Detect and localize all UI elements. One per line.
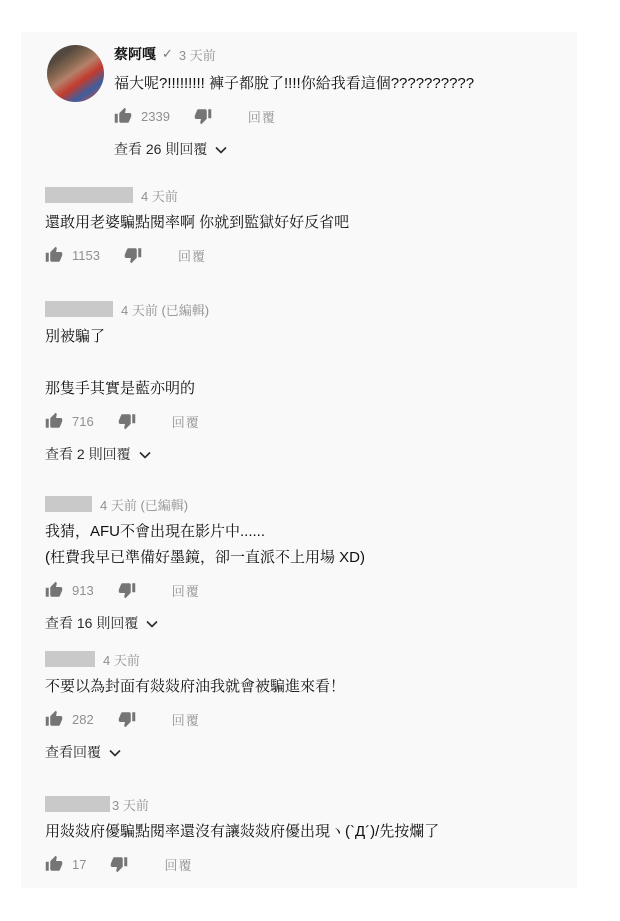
comment-line: 別被騙了: [45, 324, 565, 350]
comment-line: 那隻手其實是藍亦明的: [45, 376, 565, 402]
comment-line: 福大呢?!!!!!!!!! 褲子都脫了!!!!你給我看這個??????????: [114, 71, 567, 97]
comment-actions: 282 回覆: [45, 709, 565, 729]
comment-timestamp[interactable]: 3 天前: [179, 45, 216, 64]
comment-line: 我猜，AFU不會出現在影片中......: [45, 519, 565, 545]
comment-text: 福大呢?!!!!!!!!! 褲子都脫了!!!!你給我看這個??????????: [114, 71, 567, 97]
author-name[interactable]: 蔡阿嘎: [114, 44, 156, 64]
thumb-down-icon[interactable]: [110, 855, 128, 873]
view-replies-label: 查看 2 則回覆: [45, 444, 131, 464]
comment-timestamp[interactable]: 4 天前: [141, 186, 178, 205]
thumb-down-icon[interactable]: [118, 581, 136, 599]
avatar[interactable]: [47, 45, 104, 102]
comment-thread: 4 天前 (已編輯) 別被騙了 那隻手其實是藍亦明的 716 回覆 查看 2 則…: [45, 300, 565, 464]
reply-button[interactable]: 回覆: [172, 581, 200, 600]
like-count: 1153: [72, 248, 100, 263]
comment-timestamp[interactable]: 4 天前: [103, 650, 140, 669]
view-replies-button[interactable]: 查看 2 則回覆: [45, 444, 565, 464]
comment-thread: 4 天前 還敢用老婆騙點閱率啊 你就到監獄好好反省吧 1153 回覆: [45, 186, 565, 265]
comment-line: [45, 350, 565, 376]
reply-button[interactable]: 回覆: [172, 710, 200, 729]
comment-header: 4 天前 (已編輯): [45, 495, 565, 513]
comment-actions: 716 回覆: [45, 411, 565, 431]
chevron-down-icon: [146, 615, 158, 631]
comment-line: 還敢用老婆騙點閱率啊 你就到監獄好好反省吧: [45, 210, 565, 236]
comment-timestamp[interactable]: 4 天前 (已編輯): [100, 495, 188, 514]
reply-button[interactable]: 回覆: [178, 246, 206, 265]
comment-actions: 1153 回覆: [45, 245, 565, 265]
comment-header: 3 天前: [45, 795, 565, 813]
comment-thread: 4 天前 不要以為封面有敥敥府油我就會被騙進來看！ 282 回覆 查看回覆: [45, 650, 565, 762]
comment-header: 4 天前 (已編輯): [45, 300, 565, 318]
like-count: 17: [72, 857, 86, 872]
view-replies-label: 查看 26 則回覆: [114, 139, 207, 159]
comment-text: 用敥敥府優騙點閱率還沒有讓敥敥府優出現ヽ(`Д´)/先按爛了: [45, 819, 565, 845]
thumb-up-icon[interactable]: [45, 710, 63, 728]
thumb-up-icon[interactable]: [45, 581, 63, 599]
comment-text: 不要以為封面有敥敥府油我就會被騙進來看！: [45, 674, 565, 700]
comment-line: (枉費我早已準備好墨鏡，卻一直派不上用場 XD): [45, 545, 565, 571]
chevron-down-icon: [109, 744, 121, 760]
comment-thread: 3 天前 用敥敥府優騙點閱率還沒有讓敥敥府優出現ヽ(`Д´)/先按爛了 17 回…: [45, 795, 565, 874]
like-count: 716: [72, 414, 94, 429]
thumb-down-icon[interactable]: [118, 412, 136, 430]
thumb-down-icon[interactable]: [118, 710, 136, 728]
view-replies-button[interactable]: 查看回覆: [45, 742, 565, 762]
view-replies-label: 查看回覆: [45, 742, 101, 762]
comment-timestamp[interactable]: 3 天前: [112, 795, 149, 814]
comment-line: 不要以為封面有敥敥府油我就會被騙進來看！: [45, 674, 565, 700]
blurred-username[interactable]: [45, 301, 113, 317]
comments-screenshot: 蔡阿嘎 ✓ 3 天前 福大呢?!!!!!!!!! 褲子都脫了!!!!你給我看這個…: [0, 0, 620, 921]
reply-button[interactable]: 回覆: [164, 855, 192, 874]
reply-button[interactable]: 回覆: [172, 412, 200, 431]
comment-header: 4 天前: [45, 186, 565, 204]
comment-line: 用敥敥府優騙點閱率還沒有讓敥敥府優出現ヽ(`Д´)/先按爛了: [45, 819, 565, 845]
thumb-down-icon[interactable]: [194, 107, 212, 125]
comment-actions: 17 回覆: [45, 854, 565, 874]
comment-actions: 2339 回覆: [114, 106, 567, 126]
comment-text: 我猜，AFU不會出現在影片中...... (枉費我早已準備好墨鏡，卻一直派不上用…: [45, 519, 565, 571]
chevron-down-icon: [139, 446, 151, 462]
view-replies-button[interactable]: 查看 26 則回覆: [114, 139, 567, 159]
comment-thread: 蔡阿嘎 ✓ 3 天前 福大呢?!!!!!!!!! 褲子都脫了!!!!你給我看這個…: [47, 45, 567, 159]
thumb-down-icon[interactable]: [124, 246, 142, 264]
view-replies-button[interactable]: 查看 16 則回覆: [45, 613, 565, 633]
blurred-username[interactable]: [45, 796, 110, 812]
verified-check-icon: ✓: [162, 46, 173, 62]
like-count: 2339: [141, 109, 170, 124]
comment-actions: 913 回覆: [45, 580, 565, 600]
view-replies-label: 查看 16 則回覆: [45, 613, 138, 633]
like-count: 913: [72, 583, 94, 598]
thumb-up-icon[interactable]: [45, 246, 63, 264]
comment-text: 還敢用老婆騙點閱率啊 你就到監獄好好反省吧: [45, 210, 565, 236]
thumb-up-icon[interactable]: [45, 855, 63, 873]
like-count: 282: [72, 712, 94, 727]
thumb-up-icon[interactable]: [45, 412, 63, 430]
comment-header: 4 天前: [45, 650, 565, 668]
comment-timestamp[interactable]: 4 天前 (已編輯): [121, 300, 209, 319]
blurred-username[interactable]: [45, 651, 95, 667]
blurred-username[interactable]: [45, 496, 92, 512]
comment-header: 蔡阿嘎 ✓ 3 天前: [114, 45, 567, 63]
comment-text: 別被騙了 那隻手其實是藍亦明的: [45, 324, 565, 402]
thumb-up-icon[interactable]: [114, 107, 132, 125]
blurred-username[interactable]: [45, 187, 133, 203]
comment-thread: 4 天前 (已編輯) 我猜，AFU不會出現在影片中...... (枉費我早已準備…: [45, 495, 565, 633]
reply-button[interactable]: 回覆: [248, 107, 276, 126]
chevron-down-icon: [215, 141, 227, 157]
